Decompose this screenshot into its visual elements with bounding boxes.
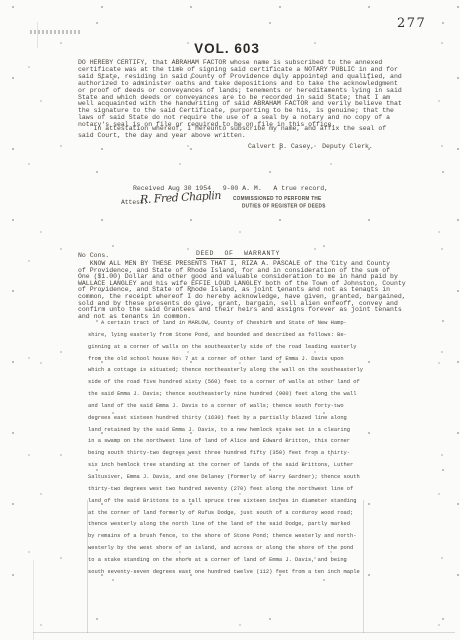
text-line: thence westerly along the north line of … (88, 519, 363, 531)
text-line: from the old school house No. 7 at a cor… (88, 354, 363, 366)
text-line: at the corner of land formerly of Rufus … (88, 508, 363, 520)
attest-signature: R. Fred Chaplin (140, 189, 222, 206)
text-line: Saltusiver, Emma J. Davis, and one Delan… (88, 472, 363, 484)
edge-marking (30, 30, 82, 34)
text-line: to a stake standing on the shore at a co… (88, 555, 363, 567)
text-line: which a cottage is situated; thence nort… (88, 365, 363, 377)
stamp-line-2: DUTIES OF REGISTER OF DEEDS (233, 202, 326, 210)
text-line: shire, lying easterly from Stone Pond, a… (88, 330, 363, 342)
text-line: land retained by the said Emma J. Davis,… (88, 425, 363, 437)
certificate-paragraph: DO HEREBY CERTIFY, that ABRAHAM FACTOR w… (78, 60, 402, 129)
text-line: side of the road five hundred sixty (560… (88, 377, 363, 389)
bottom-rule (33, 632, 455, 633)
clerk-signature-line: Calvert B. Casey, Deputy Clerk. (248, 143, 373, 150)
deed-heading: DEED OF WARRANTY (196, 250, 280, 259)
volume-title: VOL. 603 (194, 41, 260, 56)
text-line: land of the said Brittons to a tall spru… (88, 496, 363, 508)
stamp-line-1: COMMISSIONED TO PERFORM THE (233, 194, 326, 202)
text-line: six inch hemlock tree standing at the co… (88, 460, 363, 472)
attestation-paragraph: In attestation whereof, I hereunto subsc… (78, 126, 386, 140)
text-line: and land of the said Emma J. Davis to a … (88, 401, 363, 413)
text-line: degrees east sixteen hundred thirty (163… (88, 413, 363, 425)
text-line: westerly by the west shore of an island,… (88, 543, 363, 555)
text-line: in a swamp on the northwest line of land… (88, 436, 363, 448)
page-number: 277 (397, 16, 426, 31)
right-margin-rule (363, 500, 364, 633)
margin-note: No Cons. (78, 252, 109, 259)
register-of-deeds-stamp: COMMISSIONED TO PERFORM THE DUTIES OF RE… (233, 194, 326, 210)
granting-clause: KNOW ALL MEN BY THESE PRESENTS THAT I, R… (78, 261, 406, 320)
text-line: by remains of a brush fence, to the shor… (88, 531, 363, 543)
text-line: south seventy-seven degrees east one hun… (88, 567, 363, 579)
text-line: thirty-two degrees west two hundred seve… (88, 484, 363, 496)
text-line: said Court, the day and year above writt… (78, 133, 386, 140)
page-edge-line-bottom (33, 560, 34, 640)
text-line: ginning at a corner of walls on the sout… (88, 342, 363, 354)
text-line: A certain tract of land in MARLOW, Count… (88, 318, 363, 330)
page-edge-line (37, 22, 38, 48)
text-line: the said Emma J. Davis; thence southeast… (88, 389, 363, 401)
property-description: A certain tract of land in MARLOW, Count… (88, 318, 363, 579)
text-line: being south thirty-two degrees west thre… (88, 448, 363, 460)
